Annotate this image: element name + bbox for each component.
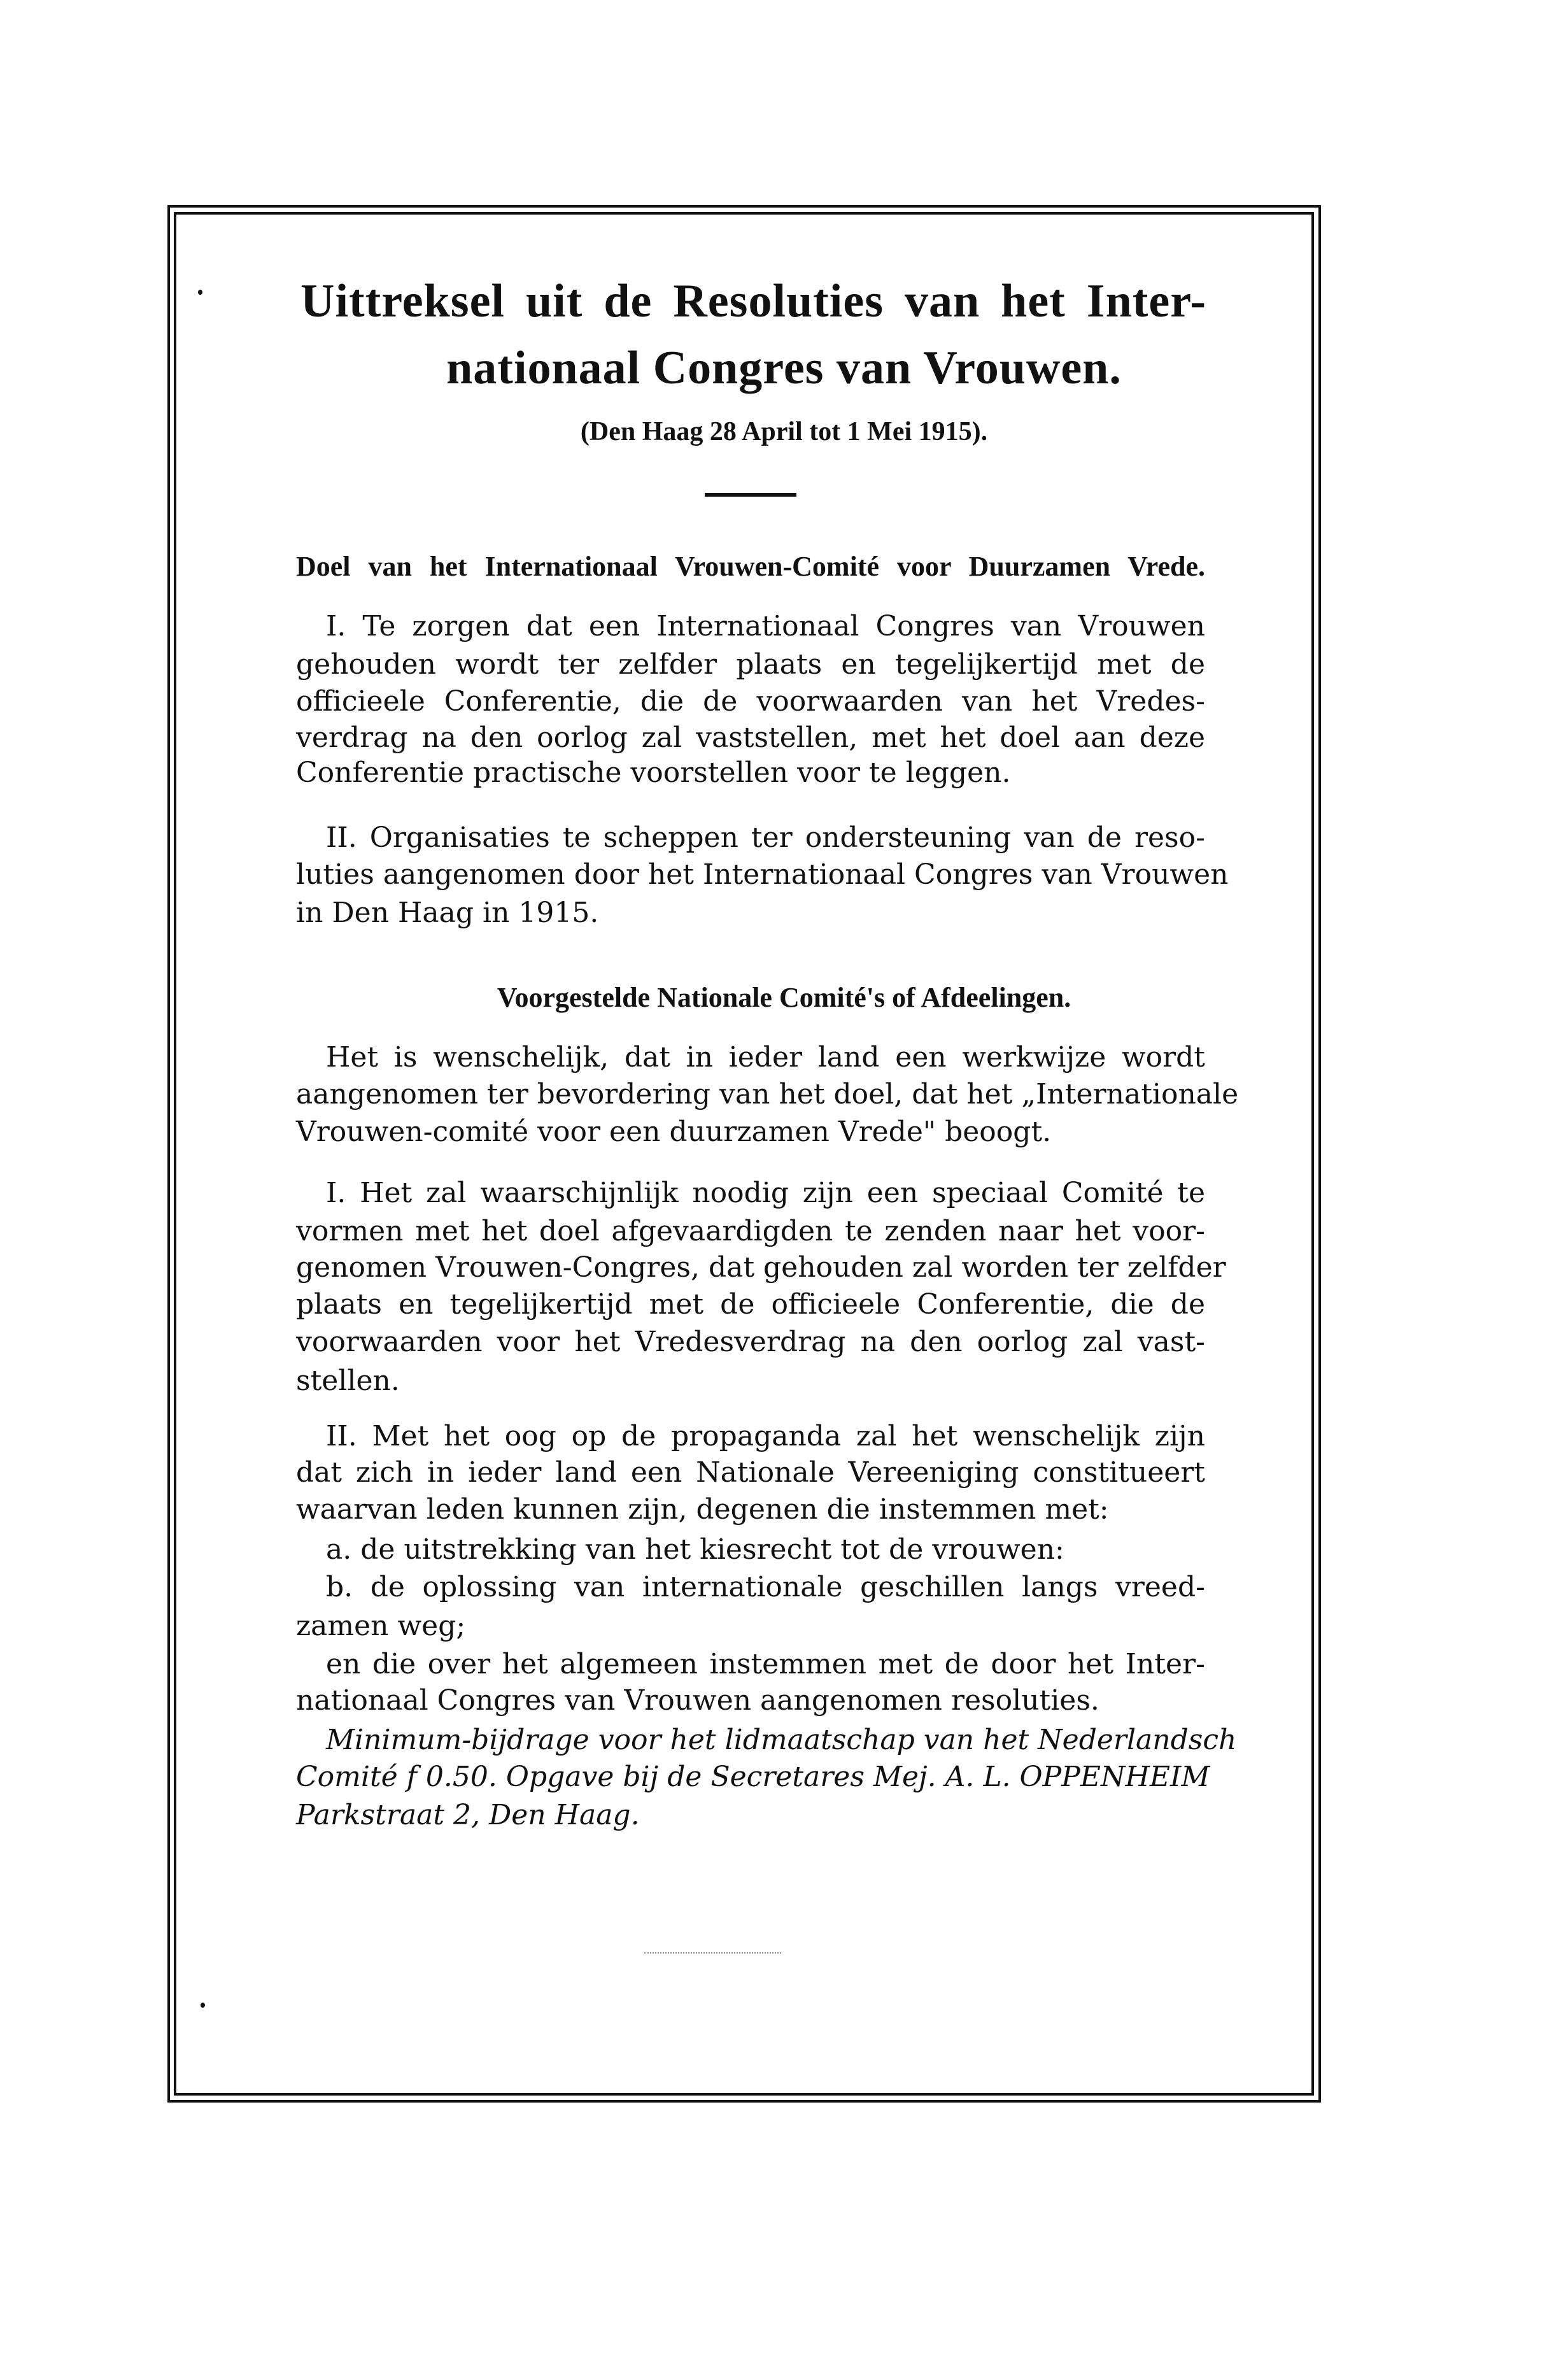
document-date-line: (Den Haag 28 April tot 1 Mei 1915). xyxy=(0,418,1568,445)
list-item-b: b. de oplossing van internationale gesch… xyxy=(326,1573,1205,1601)
paragraph-line: II. Met het oog op de propaganda zal het… xyxy=(326,1423,1205,1451)
paragraph-line: voorwaarden voor het Vredesverdrag na de… xyxy=(296,1328,1205,1356)
paragraph-line: nationaal Congres van Vrouwen aangenomen… xyxy=(296,1687,1205,1715)
paragraph-line: II. Organisaties te scheppen ter onderst… xyxy=(326,824,1205,852)
paragraph-line: vormen met het doel afgevaardigden te ze… xyxy=(296,1217,1205,1245)
paragraph-line: Het is wenschelijk, dat in ieder land ee… xyxy=(326,1044,1205,1072)
paragraph-line: in Den Haag in 1915. xyxy=(296,899,1205,927)
faint-dotted-mark xyxy=(644,1952,781,1954)
paragraph-line: I. Het zal waarschijnlijk noodig zijn ee… xyxy=(326,1179,1205,1207)
paragraph-line: waarvan leden kunnen zijn, degenen die i… xyxy=(296,1496,1205,1524)
paragraph-line: plaats en tegelijkertijd met de officiee… xyxy=(296,1291,1205,1319)
membership-note-address: Parkstraat 2, Den Haag. xyxy=(296,1801,1205,1829)
membership-note-line: Minimum-bijdrage voor het lidmaatschap v… xyxy=(326,1726,1205,1754)
paragraph-line: dat zich in ieder land een Nationale Ver… xyxy=(296,1459,1205,1487)
paragraph-line: verdrag na den oorlog zal vaststellen, m… xyxy=(296,724,1205,752)
membership-note-line: Comité f 0.50. Opgave bij de Secretares … xyxy=(296,1763,1205,1791)
paragraph-line: officieele Conferentie, die de voorwaard… xyxy=(296,688,1205,716)
document-title-line-1: Uittreksel uit de Resoluties van het Int… xyxy=(300,278,1206,325)
paragraph-line: genomen Vrouwen-Congres, dat gehouden za… xyxy=(296,1254,1205,1282)
paragraph-line: stellen. xyxy=(296,1367,1205,1395)
paragraph-line: gehouden wordt ter zelfder plaats en teg… xyxy=(296,651,1205,679)
paragraph-line: I. Te zorgen dat een Internationaal Cong… xyxy=(326,613,1205,641)
paragraph-line: Vrouwen-comité voor een duurzamen Vrede"… xyxy=(296,1118,1205,1146)
list-item-b-continued: zamen weg; xyxy=(296,1612,1205,1640)
paragraph-line: Conferentie practische voorstellen voor … xyxy=(296,759,1205,787)
list-item-a: a. de uitstrekking van het kiesrecht tot… xyxy=(326,1536,1205,1564)
paragraph-line: luties aangenomen door het Internationaa… xyxy=(296,861,1205,889)
paragraph-line: en die over het algemeen instemmen met d… xyxy=(326,1650,1205,1678)
title-divider-rule xyxy=(705,493,796,497)
section-heading-comites: Voorgestelde Nationale Comité's of Afdee… xyxy=(0,984,1568,1012)
print-speck xyxy=(201,2003,205,2008)
document-title-line-2: nationaal Congres van Vrouwen. xyxy=(0,344,1568,392)
section-heading-doel: Doel van het Internationaal Vrouwen-Comi… xyxy=(296,553,1205,581)
print-speck xyxy=(198,290,202,295)
paragraph-line: aangenomen ter bevordering van het doel,… xyxy=(296,1081,1205,1109)
